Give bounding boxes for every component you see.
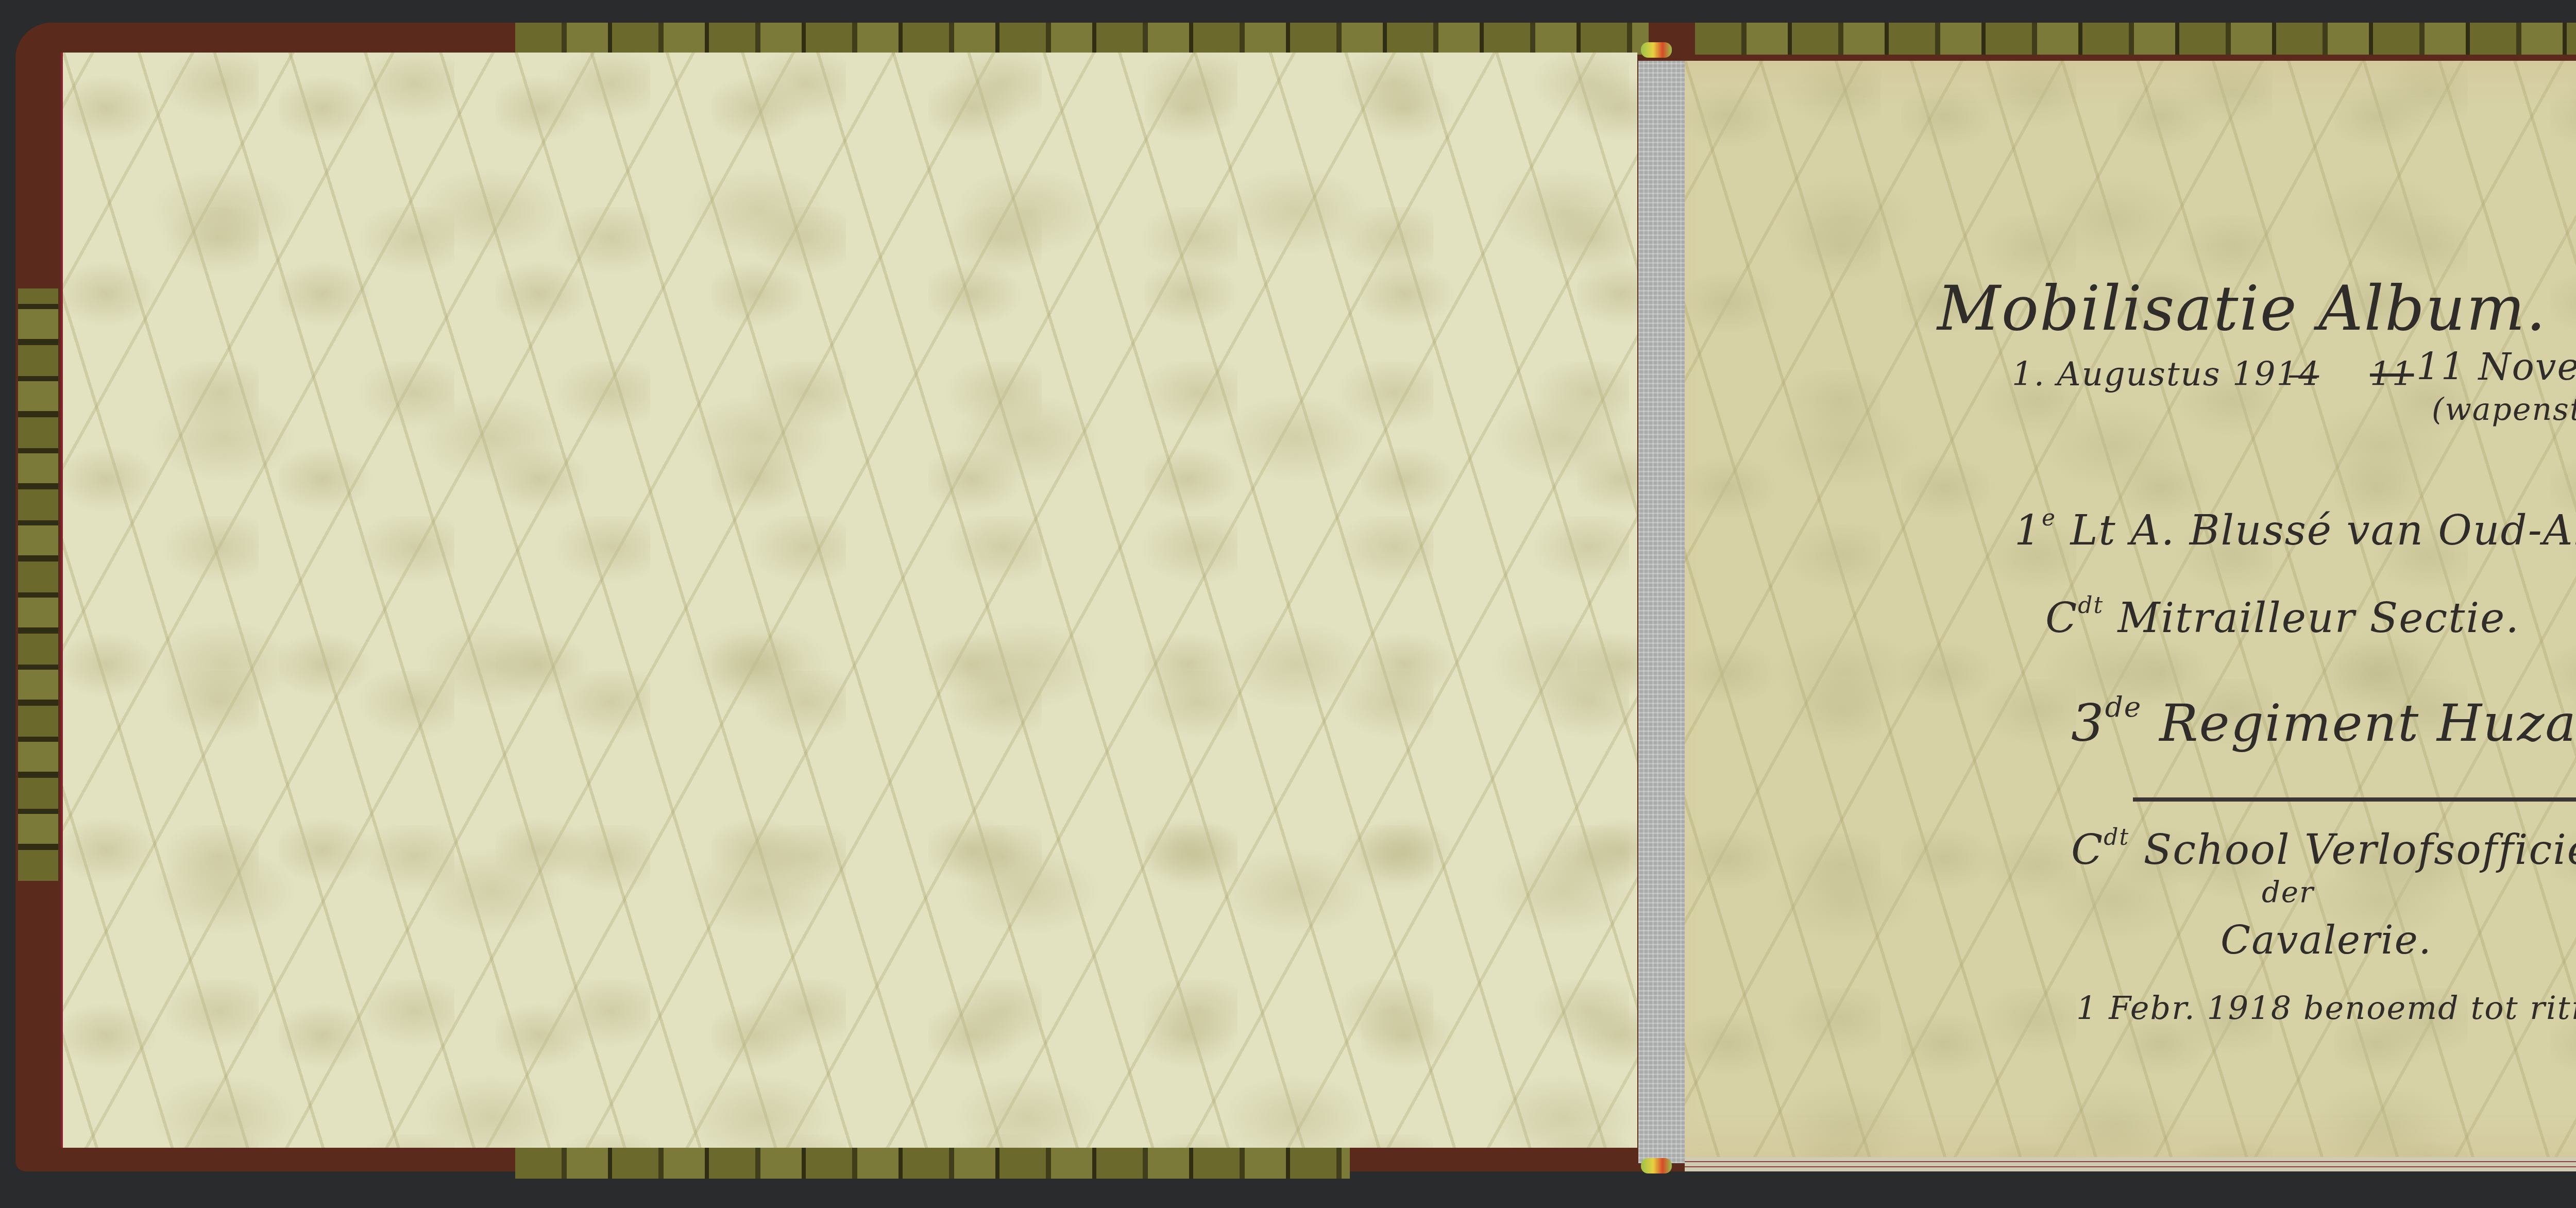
- line-text: Mitrailleur Sectie.: [2118, 594, 2520, 642]
- ribbon-knot-top: [1641, 42, 1672, 58]
- line-prefix: 3: [2071, 693, 2105, 753]
- line-prefix-sup: dt: [2078, 592, 2104, 619]
- left-endpaper: [61, 53, 1637, 1148]
- date-dash: —: [2287, 355, 2321, 394]
- line-prefix: C: [2071, 826, 2104, 874]
- line-prefix: C: [2045, 594, 2078, 642]
- album-title: Mobilisatie Album.: [1937, 273, 2547, 345]
- end-date: 11 November 1918: [2416, 345, 2576, 388]
- line-text: Lt A. Blussé van Oud-Alblas.: [2070, 506, 2576, 554]
- line-prefix: 1: [2014, 506, 2042, 554]
- line-prefix-sup: e: [2042, 505, 2056, 531]
- marbled-trim-top-left: [515, 23, 1649, 55]
- struck-date: 11: [2370, 355, 2414, 394]
- line-text: School Verlofsofficieren: [2144, 826, 2576, 874]
- cavalerie-line: Cavalerie.: [2221, 917, 2432, 963]
- armistice-note: (wapenstilstand.): [2432, 392, 2576, 428]
- marbled-trim-bottom: [515, 1148, 1350, 1179]
- der-line: der: [2262, 876, 2314, 909]
- start-date: 1. Augustus 1914: [2012, 355, 2320, 394]
- page-stack-edge: [1685, 1157, 2576, 1171]
- promotion-line: 1 Febr. 1918 benoemd tot ritmeester: [2076, 989, 2576, 1027]
- marbled-trim-top-right: [1695, 23, 2576, 55]
- unit-line: Cdt Mitrailleur Sectie.: [2045, 592, 2520, 642]
- line-text: Regiment Huzaren.: [2159, 693, 2576, 753]
- line-prefix-sup: de: [2105, 690, 2142, 723]
- officer-line: 1e Lt A. Blussé van Oud-Alblas.: [2014, 505, 2576, 554]
- divider-rule: [2133, 797, 2576, 802]
- regiment-line: 3de Regiment Huzaren.: [2071, 690, 2576, 753]
- ribbon-knot-bottom: [1641, 1158, 1672, 1173]
- school-line: Cdt School Verlofsofficieren: [2071, 824, 2576, 874]
- spine-ribbon: [1638, 61, 1685, 1163]
- marbled-trim-spine-left: [18, 288, 58, 881]
- line-prefix-sup: dt: [2104, 824, 2129, 850]
